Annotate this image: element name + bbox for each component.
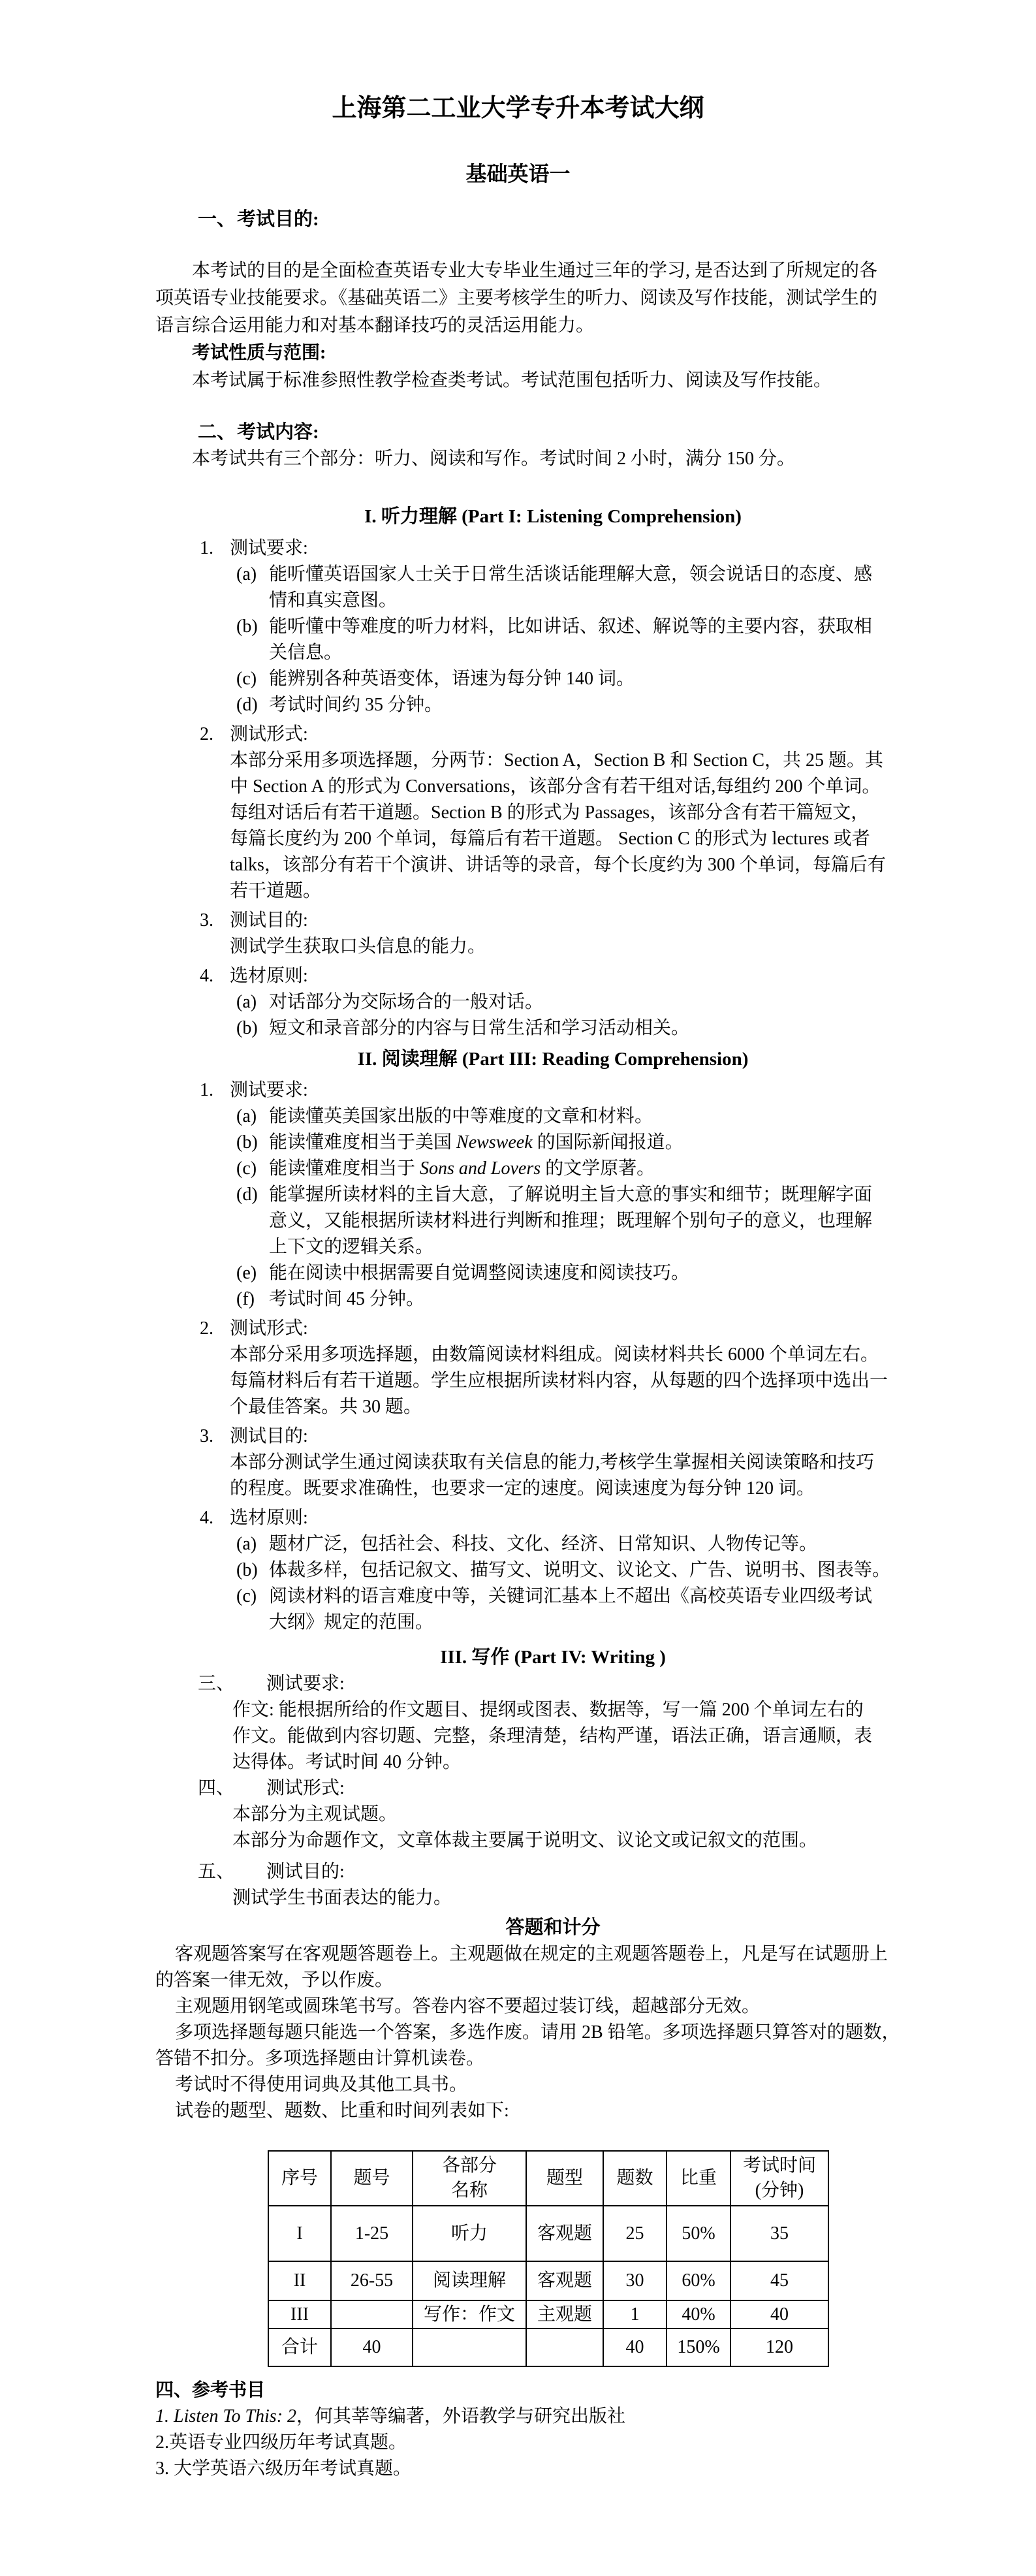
list-item-label: 测试要求: <box>230 1077 881 1104</box>
reading-list: 1. 测试要求: (a) 能读懂英美国家出版的中等难度的文章和材料。 (b) 能… <box>155 1077 881 1636</box>
table-cell <box>331 2300 413 2329</box>
table-cell: 45 <box>730 2261 828 2300</box>
paragraph-line: 测试学生获取口头信息的能力。 <box>230 934 881 960</box>
subitem-marker: (a) <box>236 1104 257 1130</box>
subheading-nature-scope: 考试性质与范围: <box>155 340 881 367</box>
doc-subtitle: 基础英语一 <box>0 159 1036 188</box>
list-subitem: (d) 考试时间约 35 分钟。 <box>230 692 881 718</box>
header-line: (分钟) <box>731 2178 828 2203</box>
paragraph-line: 每篇材料后有若干道题。学生应根据所读材料内容，从每题的四个选择项中选出一 <box>230 1368 881 1394</box>
subitem-marker: (e) <box>236 1260 257 1286</box>
subitem-line: 题材广泛，包括社会、科技、文化、经济、日常知识、人物传记等。 <box>269 1531 881 1557</box>
subitem-marker: (a) <box>236 1531 257 1557</box>
table-cell: 40 <box>730 2300 828 2329</box>
table-cell: 40% <box>667 2300 730 2329</box>
list-item-label: 选材原则: <box>230 963 881 989</box>
cn-item-number: 三、 <box>198 1671 234 1697</box>
section-number: 一、 <box>198 206 236 232</box>
paragraph-line: 本部分测试学生通过阅读获取有关信息的能力,考核学生掌握相关阅读策略和技巧 <box>230 1450 881 1476</box>
table-cell: 客观题 <box>526 2261 603 2300</box>
subitem-line: 考试时间约 35 分钟。 <box>269 692 881 718</box>
subitem-marker: (b) <box>236 1557 258 1583</box>
table-header-cell: 考试时间 (分钟) <box>730 2151 828 2206</box>
cn-item-number: 四、 <box>198 1775 234 1802</box>
references-heading: 四、参考书目 <box>155 2377 881 2404</box>
table-cell <box>413 2329 526 2366</box>
subitem-line: 情和真实意图。 <box>269 588 881 614</box>
list-subitem: (e) 能在阅读中根据需要自觉调整阅读速度和阅读技巧。 <box>230 1260 881 1286</box>
list-subitem: (f) 考试时间 45 分钟。 <box>230 1286 881 1312</box>
italic-book-title: Sons and Lovers <box>420 1158 541 1179</box>
table-cell: 25 <box>603 2206 667 2261</box>
table-cell: 40 <box>331 2329 413 2366</box>
table-cell: 1-25 <box>331 2206 413 2261</box>
subitem-line: 能掌握所读材料的主旨大意，了解说明主旨大意的事实和细节；既理解字面 <box>269 1182 881 1208</box>
table-cell: 150% <box>667 2329 730 2366</box>
subitem-marker: (b) <box>236 1130 258 1156</box>
doc-title: 上海第二工业大学专升本考试大纲 <box>0 93 1036 124</box>
table-cell: 阅读理解 <box>413 2261 526 2300</box>
list-item-aim: 3. 测试目的: 本部分测试学生通过阅读获取有关信息的能力,考核学生掌握相关阅读… <box>155 1423 881 1502</box>
table-header-row: 序号 题号 各部分 名称 题型 题数 比重 考试时间 (分钟) <box>268 2151 828 2206</box>
paragraph-line: 本部分采用多项选择题，由数篇阅读材料组成。阅读材料共长 6000 个单词左右。 <box>230 1342 881 1368</box>
subitem-marker: (a) <box>236 989 257 1015</box>
content-paragraph: 本考试共有三个部分：听力、阅读和写作。考试时间 2 小时，满分 150 分。 <box>155 445 881 473</box>
table-cell <box>526 2329 603 2366</box>
writing-format-paragraph: 本部分为主观试题。 本部分为命题作文，文章体裁主要属于说明文、议论文或记叙文的范… <box>155 1802 881 1854</box>
list-subitem: (b) 短文和录音部分的内容与日常生活和学习活动相关。 <box>230 1015 881 1042</box>
list-item-number: 3. <box>200 1423 213 1450</box>
list-item-material: 4. 选材原则: (a) 对话部分为交际场合的一般对话。 (b) 短文和录音部分… <box>155 963 881 1042</box>
list-subitem: (a) 对话部分为交际场合的一般对话。 <box>230 989 881 1015</box>
writing-requirements-paragraph: 作文: 能根据所给的作文题目、提纲或图表、数据等，写一篇 200 个单词左右的 … <box>155 1697 881 1775</box>
header-line: 名称 <box>413 2178 526 2203</box>
table-cell: I <box>268 2206 331 2261</box>
section-heading-purpose: 一、 考试目的: <box>155 206 881 232</box>
table-cell: III <box>268 2300 331 2329</box>
reference-item: 3. 大学英语六级历年考试真题。 <box>155 2456 881 2482</box>
scoring-paragraphs: 客观题答案写在客观题答题卷上。主观题做在规定的主观题答题卷上，凡是写在试题册上 … <box>155 1941 881 2124</box>
cn-item-label: 测试要求: <box>266 1671 881 1697</box>
list-subitem: (d) 能掌握所读材料的主旨大意，了解说明主旨大意的事实和细节；既理解字面 意义… <box>230 1182 881 1260</box>
list-subitem: (b) 能读懂难度相当于美国 Newsweek 的国际新闻报道。 <box>230 1130 881 1156</box>
list-item-number: 3. <box>200 908 213 934</box>
list-item-label: 测试形式: <box>230 722 881 748</box>
subitem-marker: (a) <box>236 562 257 588</box>
subitem-line: 上下文的逻辑关系。 <box>269 1234 881 1260</box>
paragraph-line: 若干道题。 <box>230 878 881 904</box>
text-segment: 的文学原著。 <box>541 1158 655 1179</box>
list-item-number: 4. <box>200 1505 213 1531</box>
paragraph-line: 项英语专业技能要求。《基础英语二》主要考核学生的听力、阅读及写作技能，测试学生的 <box>155 285 881 312</box>
paragraph-line: 本部分为主观试题。 <box>232 1802 881 1828</box>
subitem-line: 能听懂中等难度的听力材料，比如讲话、叙述、解说等的主要内容，获取相 <box>269 614 881 640</box>
italic-book-title: 1. Listen To This: 2 <box>155 2406 296 2426</box>
text-segment: 的国际新闻报道。 <box>533 1132 683 1153</box>
list-item-format: 2. 测试形式: 本部分采用多项选择题，分两节：Section A，Sectio… <box>155 722 881 904</box>
paragraph-line: talks，该部分有若干个演讲、讲话等的录音，每个长度约为 300 个单词，每篇… <box>230 852 881 878</box>
section-number: 二、 <box>198 419 236 445</box>
list-item-number: 4. <box>200 963 213 989</box>
listening-list: 1. 测试要求: (a) 能听懂英语国家人士关于日常生活谈话能理解大意，领会说话… <box>155 535 881 1042</box>
subitem-line: 能读懂难度相当于美国 Newsweek 的国际新闻报道。 <box>269 1130 881 1156</box>
paragraph-line: 答错不扣分。多项选择题由计算机读卷。 <box>155 2046 881 2072</box>
paragraph-line: 多项选择题每题只能选一个答案，多选作废。请用 2B 铅笔。多项选择题只算答对的题… <box>155 2020 881 2046</box>
list-subitem: (c) 能读懂难度相当于 Sons and Lovers 的文学原著。 <box>230 1156 881 1182</box>
purpose-paragraph: 本考试的目的是全面检查英语专业大专毕业生通过三年的学习, 是否达到了所规定的各 … <box>155 257 881 340</box>
list-item-number: 2. <box>200 722 213 748</box>
cn-item-requirements: 三、 测试要求: <box>155 1671 881 1697</box>
table-cell: 写作：作文 <box>413 2300 526 2329</box>
document-page: 上海第二工业大学专升本考试大纲 基础英语一 一、 考试目的: 本考试的目的是全面… <box>0 0 1036 2576</box>
list-item-label: 测试要求: <box>230 535 881 562</box>
list-subitem: (a) 能读懂英美国家出版的中等难度的文章和材料。 <box>230 1104 881 1130</box>
subitem-marker: (c) <box>236 1156 257 1182</box>
cn-item-number: 五、 <box>198 1859 234 1885</box>
paragraph-line: 的程度。既要求准确性，也要求一定的速度。阅读速度为每分钟 120 词。 <box>230 1476 881 1502</box>
table-cell: 客观题 <box>526 2206 603 2261</box>
paragraph-line: 本部分为命题作文，文章体裁主要属于说明文、议论文或记叙文的范围。 <box>232 1828 881 1854</box>
paragraph-line: 考试时不得使用词典及其他工具书。 <box>155 2072 881 2098</box>
list-item-requirements: 1. 测试要求: (a) 能听懂英语国家人士关于日常生活谈话能理解大意，领会说话… <box>155 535 881 718</box>
part-heading-listening: I. 听力理解 (Part I: Listening Comprehension… <box>155 503 881 530</box>
cn-item-aim: 五、 测试目的: <box>155 1859 881 1885</box>
list-item-number: 1. <box>200 1077 213 1104</box>
table-cell: 合计 <box>268 2329 331 2366</box>
table-header-cell: 题数 <box>603 2151 667 2206</box>
list-subitem: (b) 体裁多样，包括记叙文、描写文、说明文、议论文、广告、说明书、图表等。 <box>230 1557 881 1583</box>
table-cell: 26-55 <box>331 2261 413 2300</box>
paragraph-line: 试卷的题型、题数、比重和时间列表如下: <box>155 2098 881 2124</box>
subitem-line: 体裁多样，包括记叙文、描写文、说明文、议论文、广告、说明书、图表等。 <box>269 1557 881 1583</box>
scoring-heading: 答题和计分 <box>155 1914 881 1941</box>
list-item-label: 选材原则: <box>230 1505 881 1531</box>
exam-structure-table: 序号 题号 各部分 名称 题型 题数 比重 考试时间 (分钟) I 1-25 听… <box>268 2150 829 2367</box>
list-item-label: 测试目的: <box>230 908 881 934</box>
paragraph-line: 作文: 能根据所给的作文题目、提纲或图表、数据等，写一篇 200 个单词左右的 <box>232 1697 881 1723</box>
list-subitem: (a) 题材广泛，包括社会、科技、文化、经济、日常知识、人物传记等。 <box>230 1531 881 1557</box>
writing-list: 三、 测试要求: 作文: 能根据所给的作文题目、提纲或图表、数据等，写一篇 20… <box>155 1671 881 1911</box>
table-cell: 1 <box>603 2300 667 2329</box>
section-heading-label: 考试内容: <box>237 422 319 443</box>
subitem-marker: (b) <box>236 1015 258 1042</box>
table-header-cell: 各部分 名称 <box>413 2151 526 2206</box>
list-subitem: (c) 能辨别各种英语变体，语速为每分钟 140 词。 <box>230 666 881 692</box>
subitem-marker: (d) <box>236 1182 258 1208</box>
table-row: III 写作：作文 主观题 1 40% 40 <box>268 2300 828 2329</box>
list-item-number: 1. <box>200 535 213 562</box>
nature-scope-paragraph: 本考试属于标准参照性教学检查类考试。考试范围包括听力、阅读及写作技能。 <box>155 367 881 394</box>
cn-item-label: 测试目的: <box>266 1859 881 1885</box>
table-header-cell: 序号 <box>268 2151 331 2206</box>
table-cell: 60% <box>667 2261 730 2300</box>
table-cell: 120 <box>730 2329 828 2366</box>
paragraph-line: 语言综合运用能力和对基本翻译技巧的灵活运用能力。 <box>155 312 881 340</box>
subitem-line: 短文和录音部分的内容与日常生活和学习活动相关。 <box>269 1015 881 1042</box>
subitem-marker: (f) <box>236 1286 255 1312</box>
paragraph-line: 中 Section A 的形式为 Conversations，该部分含有若干组对… <box>230 774 881 800</box>
doc-body: 一、 考试目的: 本考试的目的是全面检查英语专业大专毕业生通过三年的学习, 是否… <box>155 206 881 2482</box>
list-item-aim: 3. 测试目的: 测试学生获取口头信息的能力。 <box>155 908 881 960</box>
paragraph-line: 达得体。考试时间 40 分钟。 <box>232 1749 881 1775</box>
subitem-line: 能辨别各种英语变体，语速为每分钟 140 词。 <box>269 666 881 692</box>
table-cell: 主观题 <box>526 2300 603 2329</box>
list-subitem: (b) 能听懂中等难度的听力材料，比如讲话、叙述、解说等的主要内容，获取相 关信… <box>230 614 881 666</box>
table-header-cell: 题号 <box>331 2151 413 2206</box>
paragraph-line: 作文。能做到内容切题、完整，条理清楚，结构严谨，语法正确，语言通顺，表 <box>232 1723 881 1749</box>
table-row: I 1-25 听力 客观题 25 50% 35 <box>268 2206 828 2261</box>
text-segment: ，何其莘等编著，外语教学与研究出版社 <box>296 2406 625 2426</box>
list-item-label: 测试目的: <box>230 1423 881 1450</box>
reference-item: 1. Listen To This: 2，何其莘等编著，外语教学与研究出版社 <box>155 2404 881 2430</box>
paragraph-line: 每篇长度约为 200 个单词，每篇后有若干道题。 Section C 的形式为 … <box>230 826 881 852</box>
table-cell: 40 <box>603 2329 667 2366</box>
table-row: II 26-55 阅读理解 客观题 30 60% 45 <box>268 2261 828 2300</box>
subitem-line: 意义，又能根据所读材料进行判断和推理；既理解个别句子的意义，也理解 <box>269 1208 881 1234</box>
subitem-line: 考试时间 45 分钟。 <box>269 1286 881 1312</box>
subitem-line: 能读懂英美国家出版的中等难度的文章和材料。 <box>269 1104 881 1130</box>
table-header-cell: 比重 <box>667 2151 730 2206</box>
table-cell: 30 <box>603 2261 667 2300</box>
list-item-number: 2. <box>200 1316 213 1342</box>
part-heading-writing: III. 写作 (Part IV: Writing ) <box>155 1644 881 1671</box>
table-cell: 听力 <box>413 2206 526 2261</box>
subitem-line: 能读懂难度相当于 Sons and Lovers 的文学原著。 <box>269 1156 881 1182</box>
cn-item-format: 四、 测试形式: <box>155 1775 881 1802</box>
text-segment: 能读懂难度相当于美国 <box>269 1132 456 1153</box>
list-subitem: (c) 阅读材料的语言难度中等，关键词汇基本上不超出《高校英语专业四级考试 大纲… <box>230 1583 881 1636</box>
section-heading-label: 考试目的: <box>237 209 319 230</box>
text-segment: 能读懂难度相当于 <box>269 1158 420 1179</box>
paragraph-line: 个最佳答案。共 30 题。 <box>230 1394 881 1420</box>
subitem-marker: (c) <box>236 1583 257 1610</box>
paragraph-line: 每组对话后有若干道题。Section B 的形式为 Passages，该部分含有… <box>230 800 881 826</box>
subitem-line: 能在阅读中根据需要自觉调整阅读速度和阅读技巧。 <box>269 1260 881 1286</box>
paragraph-line: 主观题用钢笔或圆珠笔书写。答卷内容不要超过装订线，超越部分无效。 <box>155 1994 881 2020</box>
paragraph-line: 测试学生书面表达的能力。 <box>232 1885 881 1911</box>
table-header-cell: 题型 <box>526 2151 603 2206</box>
list-item-format: 2. 测试形式: 本部分采用多项选择题，由数篇阅读材料组成。阅读材料共长 600… <box>155 1316 881 1420</box>
subitem-marker: (d) <box>236 692 258 718</box>
writing-aim-paragraph: 测试学生书面表达的能力。 <box>155 1885 881 1911</box>
subitem-line: 阅读材料的语言难度中等，关键词汇基本上不超出《高校英语专业四级考试 <box>269 1583 881 1610</box>
table-total-row: 合计 40 40 150% 120 <box>268 2329 828 2366</box>
italic-publication-name: Newsweek <box>456 1132 533 1153</box>
header-line: 考试时间 <box>731 2154 828 2178</box>
paragraph-line: 客观题答案写在客观题答题卷上。主观题做在规定的主观题答题卷上，凡是写在试题册上 <box>155 1941 881 1967</box>
paragraph-line: 本考试的目的是全面检查英语专业大专毕业生通过三年的学习, 是否达到了所规定的各 <box>155 257 881 285</box>
reference-item: 2.英语专业四级历年考试真题。 <box>155 2430 881 2456</box>
table-cell: 35 <box>730 2206 828 2261</box>
cn-item-label: 测试形式: <box>266 1775 881 1802</box>
table-cell: 50% <box>667 2206 730 2261</box>
list-subitem: (a) 能听懂英语国家人士关于日常生活谈话能理解大意，领会说话日的态度、感 情和… <box>230 562 881 614</box>
table-cell: II <box>268 2261 331 2300</box>
header-line: 各部分 <box>413 2154 526 2178</box>
subitem-line: 大纲》规定的范围。 <box>269 1610 881 1636</box>
paragraph-line: 的答案一律无效，予以作废。 <box>155 1967 881 1994</box>
subitem-marker: (c) <box>236 666 257 692</box>
list-item-material: 4. 选材原则: (a) 题材广泛，包括社会、科技、文化、经济、日常知识、人物传… <box>155 1505 881 1636</box>
list-item-label: 测试形式: <box>230 1316 881 1342</box>
subitem-marker: (b) <box>236 614 258 640</box>
paragraph-line: 本部分采用多项选择题，分两节：Section A，Section B 和 Sec… <box>230 748 881 774</box>
list-item-requirements: 1. 测试要求: (a) 能读懂英美国家出版的中等难度的文章和材料。 (b) 能… <box>155 1077 881 1312</box>
subitem-line: 能听懂英语国家人士关于日常生活谈话能理解大意，领会说话日的态度、感 <box>269 562 881 588</box>
subitem-line: 关信息。 <box>269 640 881 666</box>
subitem-line: 对话部分为交际场合的一般对话。 <box>269 989 881 1015</box>
part-heading-reading: II. 阅读理解 (Part III: Reading Comprehensio… <box>155 1045 881 1073</box>
section-heading-content: 二、 考试内容: <box>155 419 881 445</box>
